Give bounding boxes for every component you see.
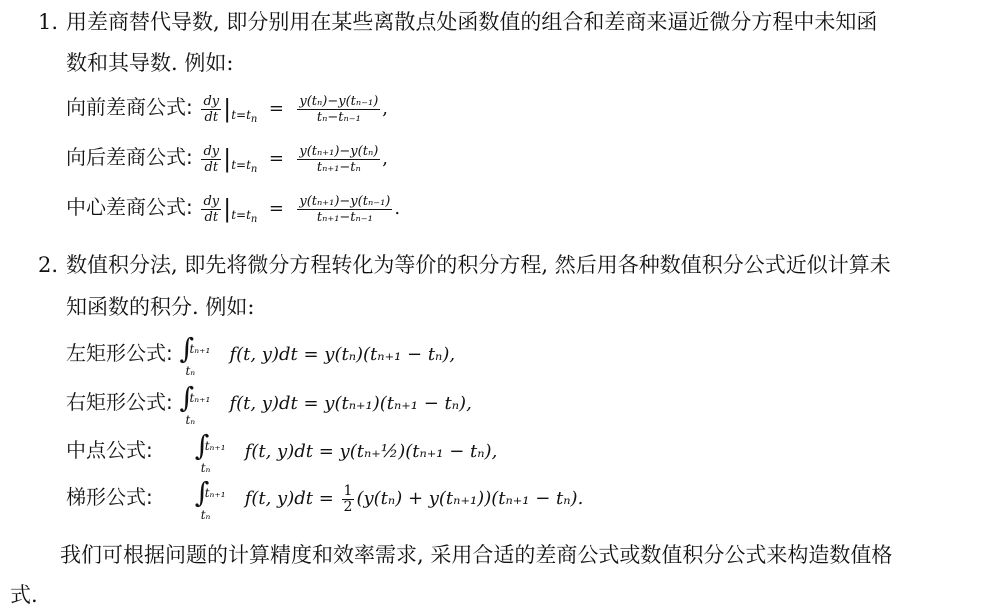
item2-line1: 2.数值积分法, 即先将微分方程转化为等价的积分方程, 然后用各种数值积分公式近… [38,250,891,280]
item2-text1: 数值积分法, 即先将微分方程转化为等价的积分方程, 然后用各种数值积分公式近似计… [66,253,891,277]
integral-sign: ∫tₙ₊₁tₙ [179,389,229,419]
item2-number: 2. [38,250,66,280]
punct: . [394,198,400,219]
numerator: y(tₙ)−y(tₙ₋₁) [297,94,380,110]
denominator: tₙ₊₁−tₙ₋₁ [297,210,392,225]
item2-line2: 知函数的积分. 例如: [66,292,254,322]
formula-label: 右矩形公式: [66,390,173,414]
numerator: y(tₙ₊₁)−y(tₙ₋₁) [297,194,392,210]
formula-label: 左矩形公式: [66,341,173,365]
item1-line2: 数和其导数. 例如: [66,48,233,78]
integral-sign: ∫tₙ₊₁tₙ [195,437,245,467]
integral-sign: ∫tₙ₊₁tₙ [179,340,229,370]
formula-trapezoid: 梯形公式: ∫tₙ₊₁tₙf(t, y)dt = 12(y(tₙ) + y(tₙ… [66,482,583,515]
formula-left-rectangle: 左矩形公式: ∫tₙ₊₁tₙf(t, y)dt = y(tₙ)(tₙ₊₁ − t… [66,338,455,370]
punct: , [382,98,388,119]
formula-label: 中心差商公式: [66,195,193,219]
formula-backward-difference: 向后差商公式: dydt|t=tn = y(tₙ₊₁)−y(tₙ)tₙ₊₁−tₙ… [66,142,388,185]
formula-label: 向后差商公式: [66,145,193,169]
denominator: tₙ₊₁−tₙ [297,160,380,175]
item1-text1: 用差商替代导数, 即分别用在某些离散点处函数值的组合和差商来逼近微分方程中未知函 [66,10,877,34]
item1-number: 1. [38,7,66,37]
formula-right-rectangle: 右矩形公式: ∫tₙ₊₁tₙf(t, y)dt = y(tₙ₊₁)(tₙ₊₁ −… [66,387,472,419]
formula-midpoint: 中点公式: ∫tₙ₊₁tₙf(t, y)dt = y(tₙ₊½)(tₙ₊₁ − … [66,435,497,467]
item1-line1: 1.用差商替代导数, 即分别用在某些离散点处函数值的组合和差商来逼近微分方程中未… [38,7,877,37]
denominator: tₙ−tₙ₋₁ [297,110,380,125]
conclusion-line1: 我们可根据问题的计算精度和效率需求, 采用合适的差商公式或数值积分公式来构造数值… [60,540,892,570]
punct: , [382,148,388,169]
integral-sign: ∫tₙ₊₁tₙ [195,484,245,514]
formula-forward-difference: 向前差商公式: dydt|t=tn = y(tₙ)−y(tₙ₋₁)tₙ−tₙ₋₁… [66,92,388,135]
document-page: 1.用差商替代导数, 即分别用在某些离散点处函数值的组合和差商来逼近微分方程中未… [0,0,1000,612]
formula-label: 向前差商公式: [66,95,193,119]
numerator: y(tₙ₊₁)−y(tₙ) [297,144,380,160]
formula-central-difference: 中心差商公式: dydt|t=tn = y(tₙ₊₁)−y(tₙ₋₁)tₙ₊₁−… [66,192,400,235]
formula-label: 中点公式: [66,435,188,465]
formula-label: 梯形公式: [66,482,188,512]
conclusion-line2: 式. [10,580,38,610]
